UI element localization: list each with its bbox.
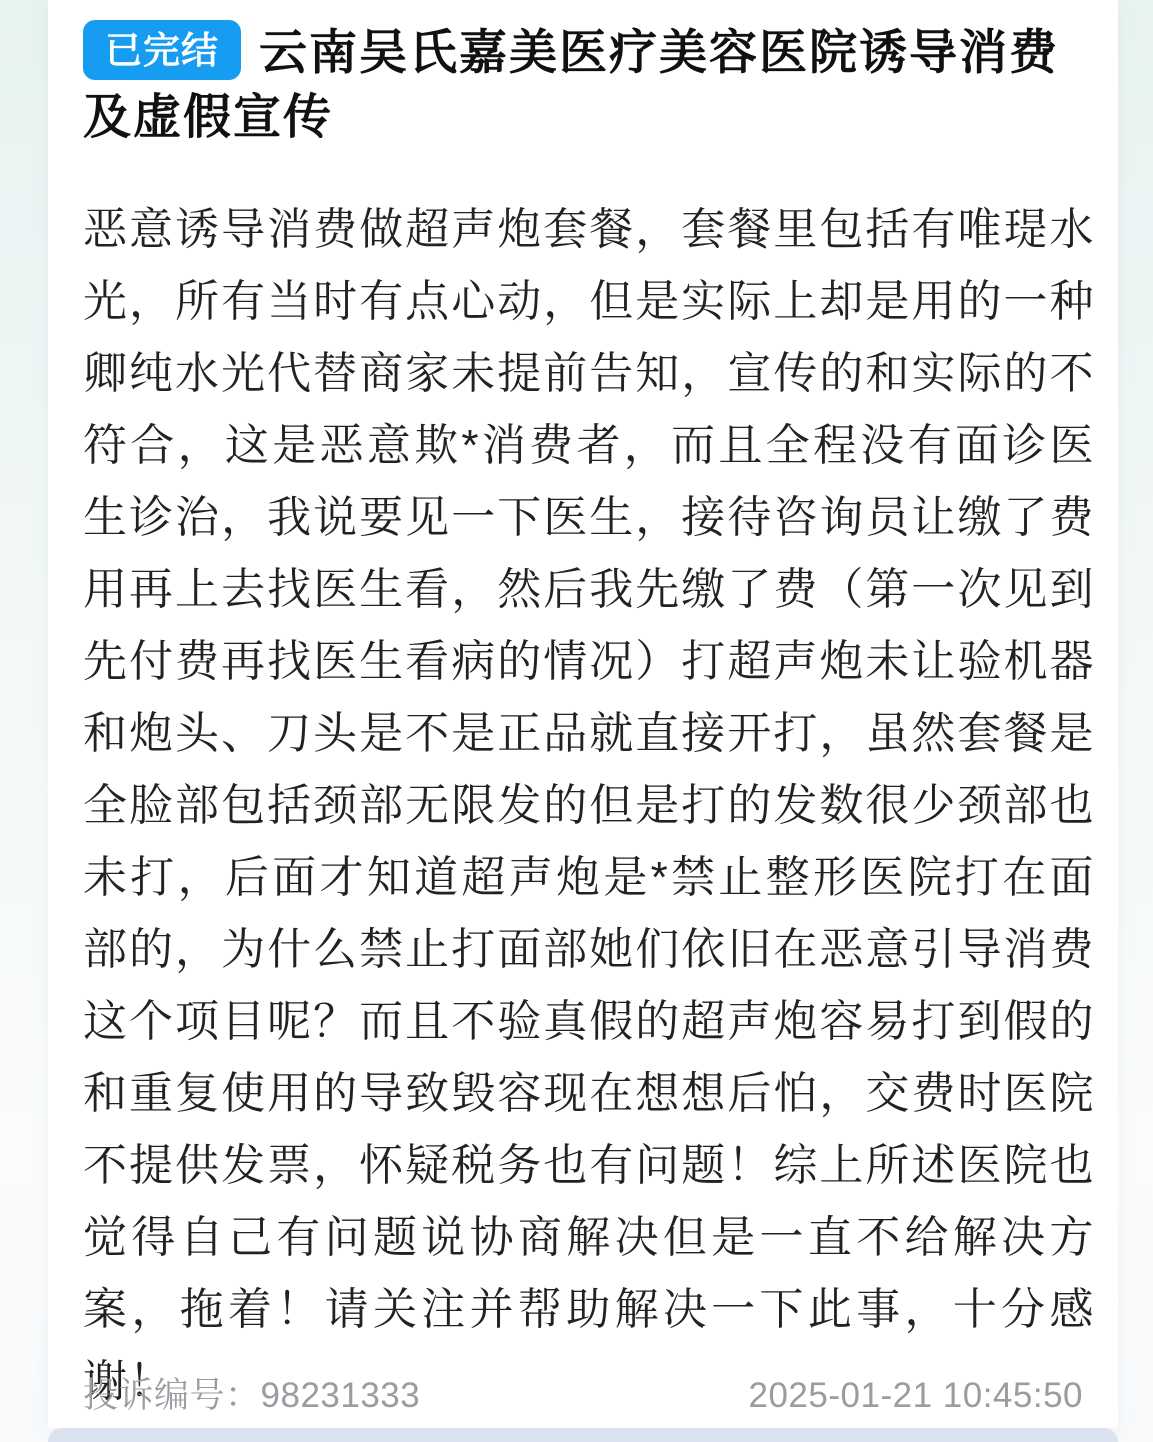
complaint-meta-row: 投诉编号：98231333 2025-01-21 10:45:50 — [83, 1368, 1083, 1418]
complaint-body-text: 恶意诱导消费做超声炮套餐，套餐里包括有唯瑅水光，所有当时有点心动，但是实际上却是… — [83, 194, 1095, 1418]
next-card-peek — [48, 1428, 1118, 1442]
page-background: 已完结云南吴氏嘉美医疗美容医院诱导消费及虚假宣传 恶意诱导消费做超声炮套餐，套餐… — [0, 0, 1153, 1442]
complaint-id-label: 投诉编号： — [83, 1376, 261, 1415]
complaint-title: 已完结云南吴氏嘉美医疗美容医院诱导消费及虚假宣传 — [83, 20, 1095, 150]
complaint-card: 已完结云南吴氏嘉美医疗美容医院诱导消费及虚假宣传 恶意诱导消费做超声炮套餐，套餐… — [48, 0, 1118, 1428]
complaint-id: 投诉编号：98231333 — [83, 1368, 420, 1418]
status-badge: 已完结 — [83, 20, 241, 80]
complaint-id-value: 98231333 — [261, 1376, 421, 1415]
complaint-timestamp: 2025-01-21 10:45:50 — [749, 1376, 1084, 1416]
